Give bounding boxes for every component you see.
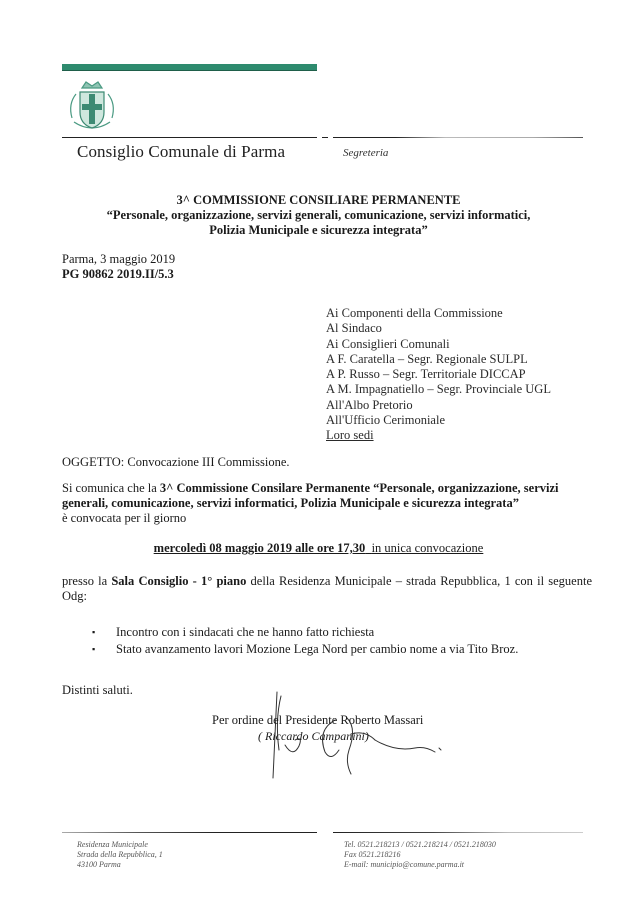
- footer-rule: [62, 832, 317, 833]
- recipient: All'Albo Pretorio: [326, 398, 551, 413]
- header-green-bar: [62, 64, 317, 71]
- organization-name: Consiglio Comunale di Parma: [77, 142, 285, 162]
- body-convened: è convocata per il giorno: [62, 511, 186, 525]
- footer-email: E-mail: municipio@comune.parma.it: [344, 860, 496, 870]
- recipient: Al Sindaco: [326, 321, 551, 336]
- header-rule: [333, 137, 583, 138]
- recipient: A F. Caratella – Segr. Regionale SULPL: [326, 352, 551, 367]
- meeting-datetime: mercoledì 08 maggio 2019 alle ore 17,30 …: [40, 541, 597, 556]
- body-intro: Si comunica che la: [62, 481, 160, 495]
- recipients-footer: Loro sedi: [326, 428, 551, 443]
- footer-phone: Tel. 0521.218213 / 0521.218214 / 0521.21…: [344, 840, 496, 850]
- subject-line: OGGETTO: Convocazione III Commissione.: [62, 455, 290, 470]
- meeting-date: mercoledì 08 maggio 2019 alle ore 17,30: [154, 541, 366, 555]
- recipient: A P. Russo – Segr. Territoriale DICCAP: [326, 367, 551, 382]
- coat-of-arms-icon: [64, 78, 120, 134]
- recipient: All'Ufficio Cerimoniale: [326, 413, 551, 428]
- signatory-name: ( Riccardo Campanini): [258, 729, 369, 744]
- agenda-item: Incontro con i sindacati che ne hanno fa…: [92, 624, 518, 641]
- recipient: A M. Impagnatiello – Segr. Provinciale U…: [326, 382, 551, 397]
- location-prefix: presso la: [62, 574, 111, 588]
- document-title: 3^ COMMISSIONE CONSILIARE PERMANENTE “Pe…: [40, 193, 597, 238]
- protocol-number: PG 90862 2019.II/5.3: [62, 267, 175, 282]
- footer-line: Strada della Repubblica, 1: [77, 850, 163, 860]
- footer-line: 43100 Parma: [77, 860, 163, 870]
- recipients-list: Ai Componenti della Commissione Al Sinda…: [326, 306, 551, 444]
- date-block: Parma, 3 maggio 2019 PG 90862 2019.II/5.…: [62, 252, 175, 282]
- footer-fax: Fax 0521.218216: [344, 850, 496, 860]
- agenda-list: Incontro con i sindacati che ne hanno fa…: [92, 624, 518, 658]
- title-line: Polizia Municipale e sicurezza integrata…: [40, 223, 597, 238]
- agenda-item: Stato avanzamento lavori Mozione Lega No…: [92, 641, 518, 658]
- recipient: Ai Consiglieri Comunali: [326, 337, 551, 352]
- footer-address: Residenza Municipale Strada della Repubb…: [77, 840, 163, 870]
- place-date: Parma, 3 maggio 2019: [62, 252, 175, 267]
- meeting-mode: in unica convocazione: [372, 541, 484, 555]
- location-room: Sala Consiglio - 1° piano: [111, 574, 246, 588]
- closing-greeting: Distinti saluti.: [62, 683, 133, 698]
- title-line: “Personale, organizzazione, servizi gene…: [40, 208, 597, 223]
- office-name: Segreteria: [343, 147, 388, 159]
- body-paragraph: Si comunica che la 3^ Commissione Consil…: [62, 481, 592, 526]
- footer-line: Residenza Municipale: [77, 840, 163, 850]
- footer-contacts: Tel. 0521.218213 / 0521.218214 / 0521.21…: [344, 840, 496, 870]
- header-rule: [62, 137, 317, 138]
- signature-line: Per ordine del Presidente Roberto Massar…: [212, 713, 423, 728]
- meeting-location: presso la Sala Consiglio - 1° piano dell…: [62, 574, 592, 604]
- header-rule: [322, 137, 328, 138]
- title-line: 3^ COMMISSIONE CONSILIARE PERMANENTE: [40, 193, 597, 208]
- recipient: Ai Componenti della Commissione: [326, 306, 551, 321]
- footer-rule: [333, 832, 583, 833]
